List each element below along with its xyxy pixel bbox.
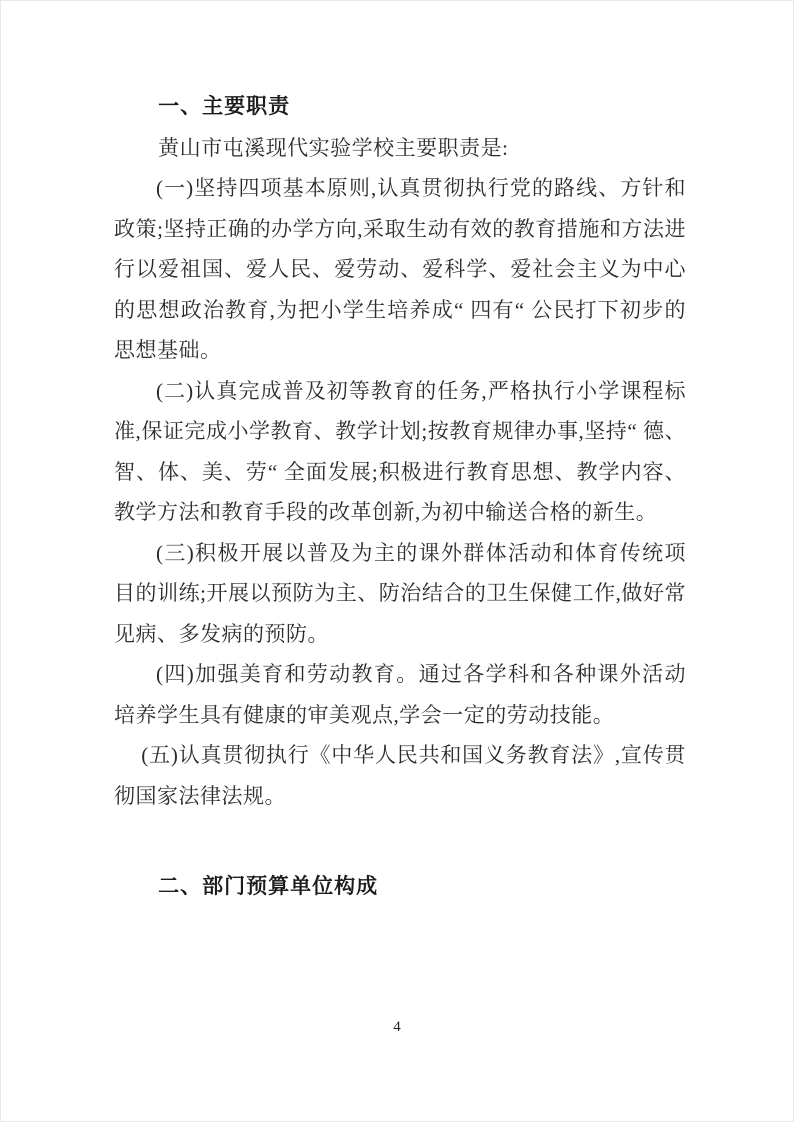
paragraph-2: (二)认真完成普及初等教育的任务,严格执行小学课程标准,保证完成小学教育、教学计…: [114, 371, 686, 533]
paragraph-3: (三)积极开展以普及为主的课外群体活动和体育传统项目的训练;开展以预防为主、防治…: [114, 533, 686, 655]
section-2-heading: 二、部门预算单位构成: [114, 867, 686, 908]
document-page: 一、主要职责 黄山市屯溪现代实验学校主要职责是: (一)坚持四项基本原则,认真贯…: [0, 0, 794, 1122]
section-1-heading: 一、主要职责: [114, 87, 686, 128]
paragraph-5: (五)认真贯彻执行《中华人民共和国义务教育法》,宣传贯彻国家法律法规。: [114, 735, 686, 816]
section-1-intro: 黄山市屯溪现代实验学校主要职责是:: [114, 128, 686, 169]
paragraph-4: (四)加强美育和劳动教育。通过各学科和各种课外活动培养学生具有健康的审美观点,学…: [114, 654, 686, 735]
page-number: 4: [1, 1019, 793, 1036]
paragraph-1: (一)坚持四项基本原则,认真贯彻执行党的路线、方针和政策;坚持正确的办学方向,采…: [114, 168, 686, 371]
document-content: 一、主要职责 黄山市屯溪现代实验学校主要职责是: (一)坚持四项基本原则,认真贯…: [114, 87, 686, 908]
